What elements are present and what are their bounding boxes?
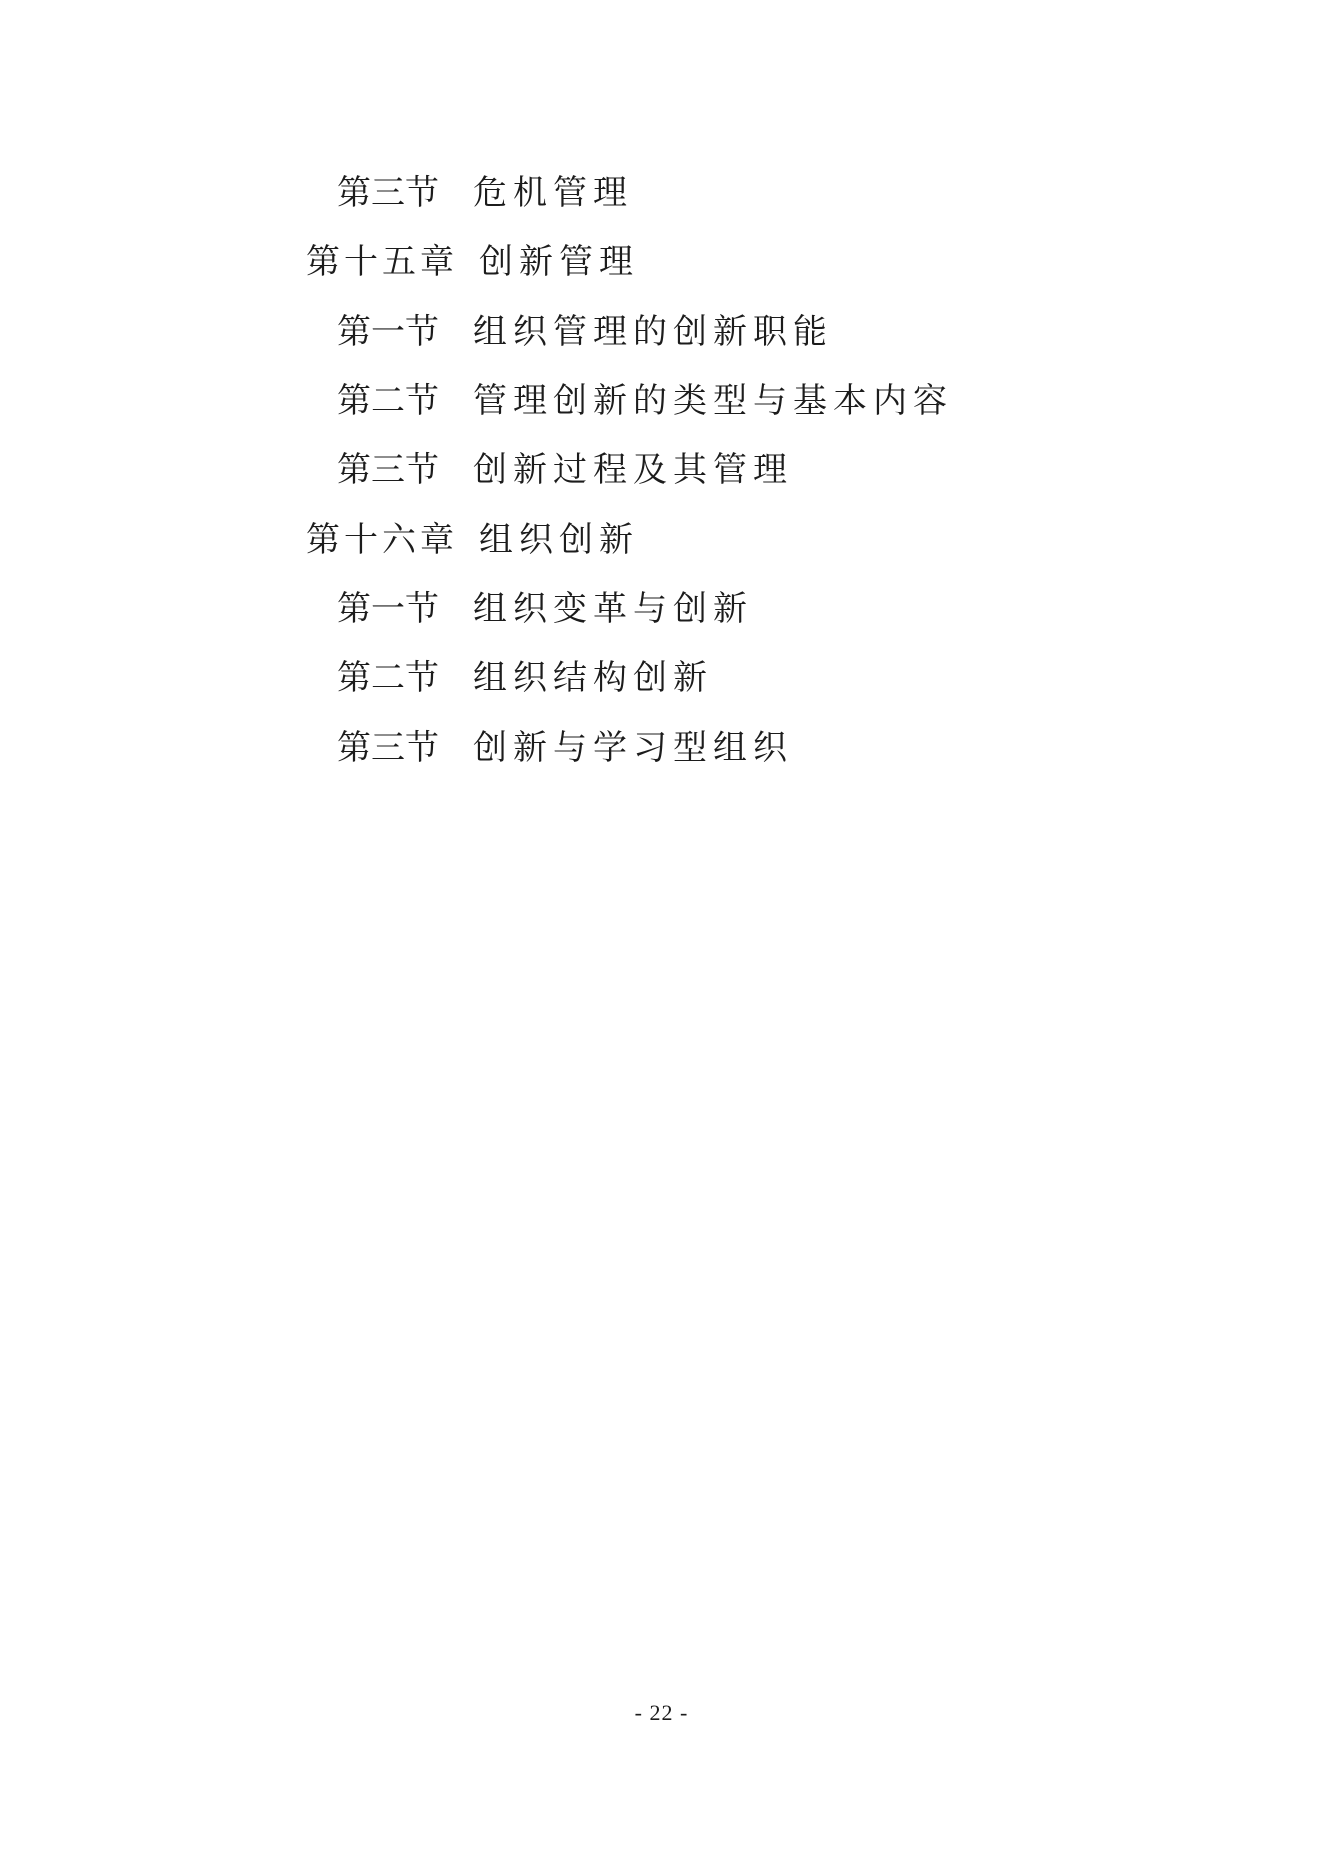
toc-entry-title: 组织变革与创新 (473, 581, 753, 630)
toc-line: 第十五章 创新管理 (0, 224, 1323, 293)
toc-line: 第二节 管理创新的类型与基本内容 (0, 363, 1323, 432)
document-page: 第三节 危机管理 第十五章 创新管理 第一节 组织管理的创新职能 第二节 管理创… (0, 0, 1323, 779)
toc-line: 第三节 创新与学习型组织 (0, 709, 1323, 778)
toc-line: 第三节 创新过程及其管理 (0, 432, 1323, 501)
toc-entry-title: 创新与学习型组织 (473, 720, 793, 769)
toc-line: 第十六章 组织创新 (0, 501, 1323, 570)
toc-entry-title: 组织创新 (479, 512, 639, 561)
table-of-contents: 第三节 危机管理 第十五章 创新管理 第一节 组织管理的创新职能 第二节 管理创… (0, 0, 1323, 779)
toc-entry-label: 第二节 (337, 650, 439, 699)
toc-entry-title: 管理创新的类型与基本内容 (473, 373, 953, 422)
toc-line: 第二节 组织结构创新 (0, 640, 1323, 709)
toc-entry-title: 组织管理的创新职能 (473, 304, 833, 353)
toc-entry-title: 危机管理 (473, 165, 633, 214)
toc-entry-label: 第一节 (337, 581, 439, 630)
toc-entry-label: 第十五章 (306, 234, 458, 283)
toc-entry-title: 组织结构创新 (473, 650, 713, 699)
toc-line: 第一节 组织变革与创新 (0, 571, 1323, 640)
toc-entry-label: 第三节 (337, 720, 439, 769)
page-number: - 22 - (0, 1700, 1323, 1726)
toc-entry-label: 第十六章 (306, 512, 458, 561)
toc-entry-title: 创新管理 (479, 234, 639, 283)
toc-entry-label: 第三节 (337, 165, 439, 214)
toc-entry-label: 第一节 (337, 304, 439, 353)
toc-entry-title: 创新过程及其管理 (473, 442, 793, 491)
toc-entry-label: 第二节 (337, 373, 439, 422)
toc-line: 第三节 危机管理 (0, 155, 1323, 224)
toc-entry-label: 第三节 (337, 442, 439, 491)
toc-line: 第一节 组织管理的创新职能 (0, 294, 1323, 363)
